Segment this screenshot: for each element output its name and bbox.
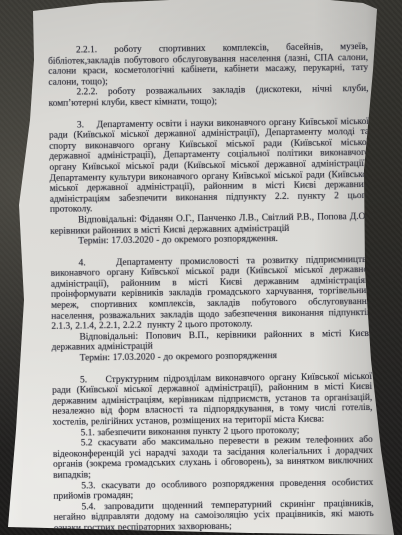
paragraph-4: 4. Департаменту промисловості та розвитк… bbox=[51, 255, 372, 333]
paragraph-2-2-1: 2.2.1. роботу спортивних комплексів, бас… bbox=[48, 42, 368, 88]
paragraph-5: 5. Структурним підрозділам виконавчого о… bbox=[52, 372, 373, 429]
document-text: 2.2.1. роботу спортивних комплексів, бас… bbox=[0, 0, 402, 535]
paragraph-5-4: 5.4. запровадити щоденний температурний … bbox=[54, 499, 374, 535]
paragraph-3: 3. Департаменту освіти і науки виконавчо… bbox=[49, 117, 370, 216]
photo-background: 2.2.1. роботу спортивних комплексів, бас… bbox=[0, 0, 402, 535]
paragraph-2-2-2: 2.2.2. роботу розважальних закладів (дис… bbox=[48, 84, 368, 109]
paragraph-5-2: 5.2 скасувати або максимально перевести … bbox=[53, 435, 373, 481]
document-page: 2.2.1. роботу спортивних комплексів, бас… bbox=[0, 0, 402, 535]
